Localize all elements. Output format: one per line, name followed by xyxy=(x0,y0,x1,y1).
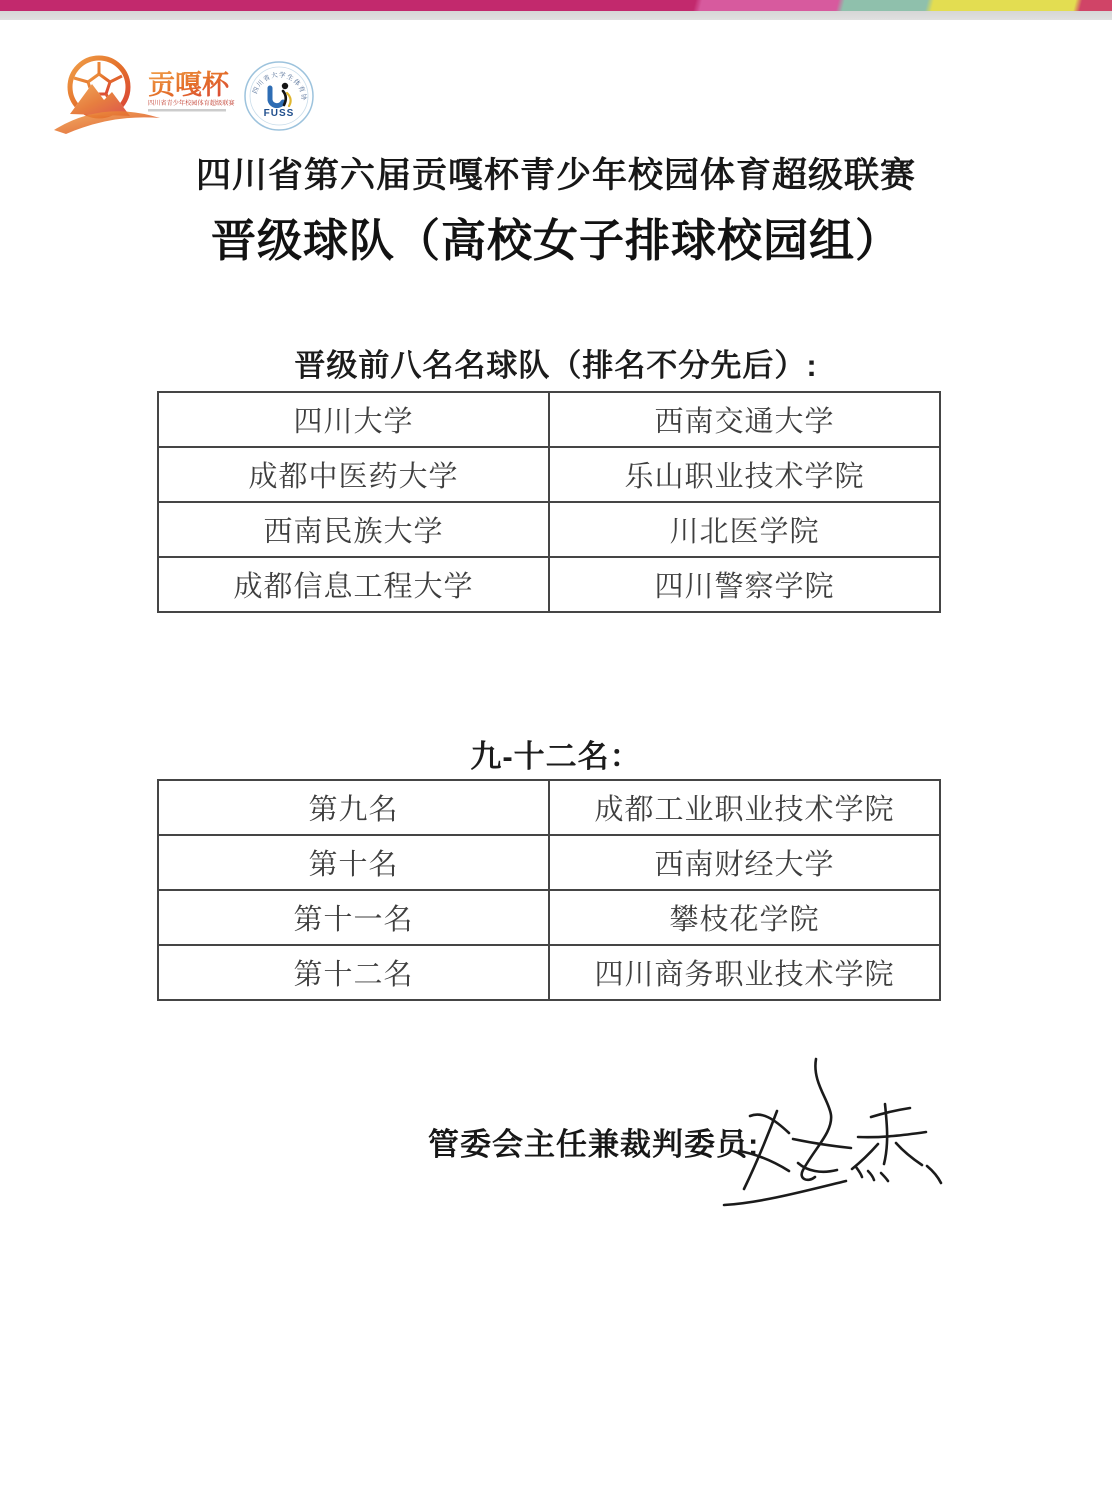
team-cell: 成都信息工程大学 xyxy=(158,557,549,612)
top8-teams-table: 四川大学 西南交通大学 成都中医药大学 乐山职业技术学院 西南民族大学 川北医学… xyxy=(157,391,941,613)
team-cell: 西南财经大学 xyxy=(549,835,940,890)
fuss-badge-logo: 四川省大学生体育协会 FUSS xyxy=(243,60,315,132)
team-cell: 乐山职业技术学院 xyxy=(549,447,940,502)
ranks9to12-table: 第九名 成都工业职业技术学院 第十名 西南财经大学 第十一名 攀枝花学院 第十二… xyxy=(157,779,941,1001)
gongga-subline xyxy=(148,109,226,112)
team-cell: 四川大学 xyxy=(158,392,549,447)
top8-section-heading: 晋级前八名名球队（排名不分先后）: xyxy=(0,340,1112,385)
team-cell: 四川商务职业技术学院 xyxy=(549,945,940,1000)
team-cell: 川北医学院 xyxy=(549,502,940,557)
table-row: 第十名 西南财经大学 xyxy=(158,835,940,890)
rank-cell: 第十一名 xyxy=(158,890,549,945)
team-cell: 成都工业职业技术学院 xyxy=(549,780,940,835)
gongga-tagline: 四川省青少年校园体育超级联赛 xyxy=(148,99,235,107)
gongga-wordmark: 贡嘎杯 xyxy=(148,70,230,100)
table-row: 第十二名 四川商务职业技术学院 xyxy=(158,945,940,1000)
team-cell: 成都中医药大学 xyxy=(158,447,549,502)
table-row: 第九名 成都工业职业技术学院 xyxy=(158,780,940,835)
top-ribbon-gray-strip xyxy=(0,11,1112,20)
team-cell: 西南民族大学 xyxy=(158,502,549,557)
team-cell: 攀枝花学院 xyxy=(549,890,940,945)
handwritten-signature xyxy=(700,1040,1040,1240)
table-row: 第十一名 攀枝花学院 xyxy=(158,890,940,945)
ranks9to12-section-heading: 九-十二名： xyxy=(0,731,1112,776)
table-row: 西南民族大学 川北医学院 xyxy=(158,502,940,557)
team-cell: 西南交通大学 xyxy=(549,392,940,447)
page-title: 晋级球队（高校女子排球校园组） xyxy=(0,204,1112,269)
gongga-cup-logo: 贡嘎杯 四川省青少年校园体育超级联赛 xyxy=(52,52,262,142)
table-row: 成都中医药大学 乐山职业技术学院 xyxy=(158,447,940,502)
top-ribbon xyxy=(0,0,1112,11)
table-row: 成都信息工程大学 四川警察学院 xyxy=(158,557,940,612)
team-cell: 四川警察学院 xyxy=(549,557,940,612)
rank-cell: 第九名 xyxy=(158,780,549,835)
rank-cell: 第十名 xyxy=(158,835,549,890)
football-mountain-icon xyxy=(54,58,160,134)
fuss-acronym: FUSS xyxy=(264,108,295,119)
rank-cell: 第十二名 xyxy=(158,945,549,1000)
event-title: 四川省第六届贡嘎杯青少年校园体育超级联赛 xyxy=(0,148,1112,198)
table-row: 四川大学 西南交通大学 xyxy=(158,392,940,447)
